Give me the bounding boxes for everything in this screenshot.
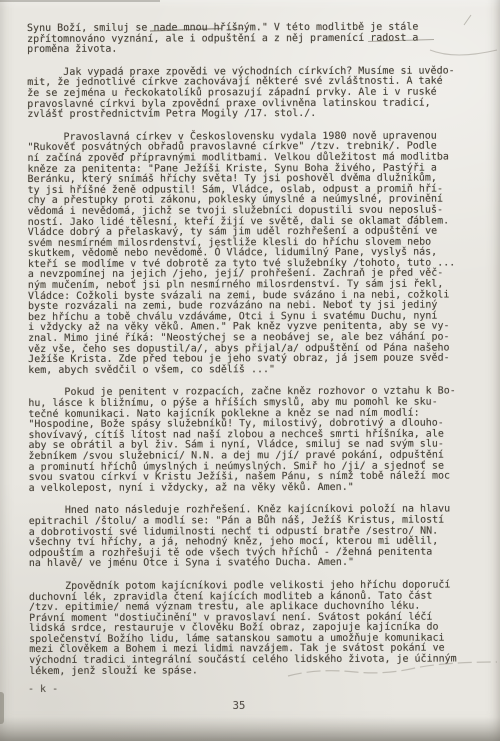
paragraph-spiritual-medicine: Zpovědník potom kajícníkovi podle veliko… bbox=[29, 580, 491, 677]
scanned-typewritten-page: Synu Boží, smiluj se nade mnou hříšným."… bbox=[0, 0, 500, 741]
page-number: 35 bbox=[0, 700, 478, 712]
paragraph-prayer-continuation: Synu Boží, smiluj se nade mnou hříšným."… bbox=[27, 22, 489, 55]
document-text: Synu Boží, smiluj se nade mnou hříšným."… bbox=[27, 22, 491, 689]
scan-edge-shadow bbox=[0, 717, 500, 741]
scan-edge-top bbox=[0, 0, 160, 2]
paragraph-trebnik-prayer: Pravoslavná církev v Československu vyda… bbox=[27, 131, 490, 376]
author-initial-mark: - k - bbox=[28, 684, 58, 695]
paragraph-absolution: Hned nato následuje rozhřešení. Kněz kaj… bbox=[29, 505, 491, 570]
paragraph-eastern-practice: Jak vypadá praxe zpovědi ve východních c… bbox=[27, 66, 489, 121]
paragraph-penitent-dialog: Pokud je penitent v rozpacích, začne kně… bbox=[28, 387, 490, 495]
